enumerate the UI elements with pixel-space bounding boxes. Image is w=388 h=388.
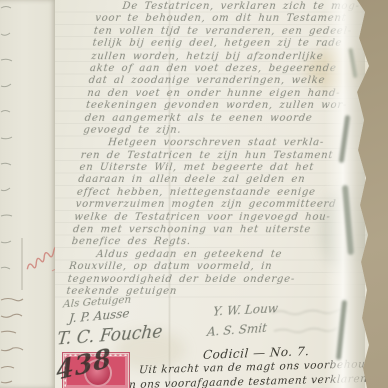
handwriting-line: ren de Testatricen te zijn hun Testament — [80, 150, 347, 162]
photograph-of-manuscript: De Testatricen, verklaren zich te mog- v… — [0, 0, 388, 388]
handwriting-line: zullen worden, hetzij bij afzonderlijke — [90, 51, 357, 63]
handwriting-line: Aldus gedaan en geteekend te — [70, 249, 337, 261]
handwriting-line: De Testatricen, verklaren zich te mog- — [96, 1, 363, 13]
handwriting-line: effect hebben, niettegenstaande eenige — [76, 187, 343, 199]
handwriting-line: en Uiterste Wil, met begeerte dat het — [79, 162, 346, 174]
handwriting-line: den aangemerkt als te eenen woorde — [84, 113, 351, 125]
adjacent-page-edge — [0, 0, 57, 388]
adjacent-page-text-fragments — [0, 0, 57, 388]
handwriting-line: welke de Testatricen voor ingevoegd hou- — [74, 212, 341, 224]
testator-signature-2: A. S. Smit — [206, 321, 267, 339]
handwriting-line: dat al zoodanige veranderingen, welke — [88, 75, 355, 87]
handwriting-line: den met verschooning van het uiterste — [72, 224, 339, 236]
handwriting-line: tegenwoordigheid der beide onderge- — [67, 274, 334, 286]
testator-signature-1: Y. W. Louw — [212, 301, 278, 319]
handwritten-body: De Testatricen, verklaren zich te mog- v… — [66, 1, 363, 298]
manuscript-page: De Testatricen, verklaren zich te mog- v… — [55, 0, 375, 388]
handwriting-line: ten vollen tijd te veranderen, een gedee… — [93, 26, 360, 38]
handwriting-line: gevoegd te zijn. — [83, 125, 350, 137]
handwriting-line: Hetgeen voorschreven staat verkla- — [81, 137, 348, 149]
handwriting-line: benefice des Regts. — [71, 236, 338, 248]
handwriting-line: vormverzuimen mogten zijn gecommitteerd — [75, 199, 342, 211]
revenue-stamp: 438 — [62, 352, 130, 388]
handwriting-line: daaraan in allen deele zal gelden en — [77, 174, 344, 186]
handwriting-line: Rouxville, op datum voormeld, in — [68, 261, 335, 273]
handwriting-line: akte of aan den voet dezes, begeerende — [89, 63, 356, 75]
handwriting-line: teekeningen gevonden worden, zullen wor- — [85, 100, 352, 112]
handwriting-line: voor te behouden, om dit hun Testament — [94, 13, 361, 25]
handwriting-line: na den voet en onder hunne eigen hand- — [87, 88, 354, 100]
handwriting-line: telijk bij eenig deel, hetgeen zij te ra… — [92, 38, 359, 50]
